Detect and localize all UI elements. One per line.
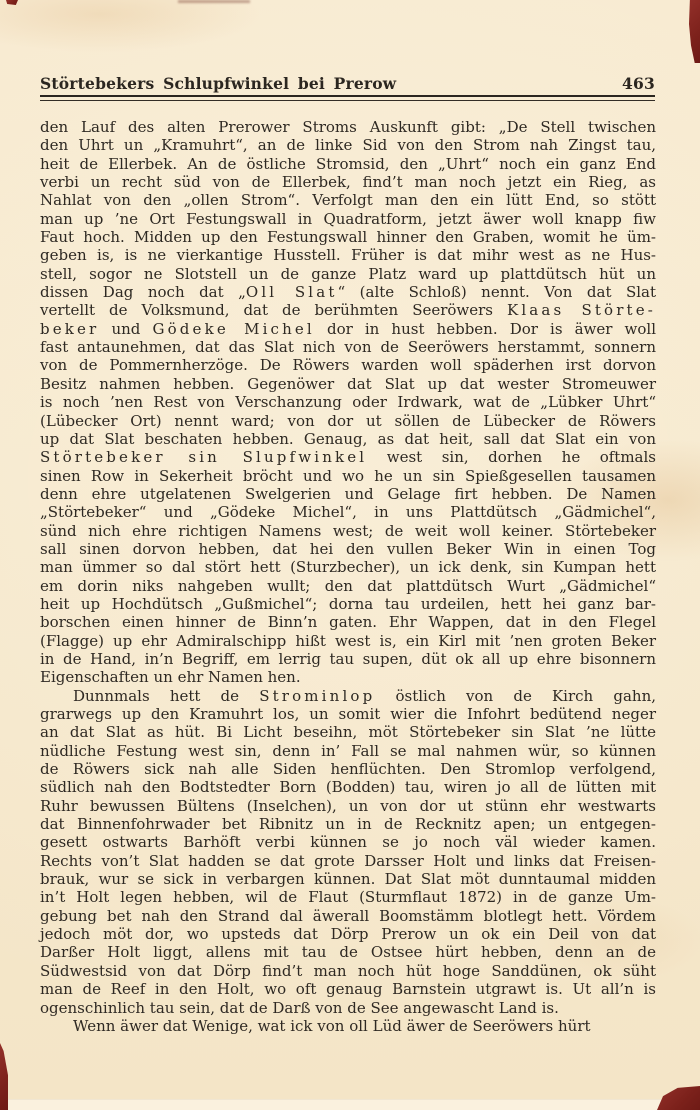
letterspaced-text: Strominlop (259, 687, 375, 705)
letterspaced-text: Gödeke Michel (152, 320, 314, 338)
text-line: borschen einen hinner de Binn’n gaten. E… (40, 613, 656, 631)
text-segment: de Röwers sick nah alle Siden henflüchte… (40, 760, 656, 778)
text-segment: östlich von de Kirch gahn, (375, 687, 656, 705)
red-page-edge-bottom-right (657, 1086, 700, 1110)
text-segment: südlich nah den Bodtstedter Born (Bodden… (40, 778, 656, 796)
text-segment: (Lübecker Ort) nennt ward; von dor ut sö… (40, 412, 656, 430)
text-segment: nüdliche Festung west sin, denn in’ Fall… (40, 742, 656, 760)
text-segment: Südwestsid von dat Dörp find’t man noch … (40, 962, 656, 980)
text-segment: geben is, is ne vierkantige Husstell. Fr… (40, 246, 656, 264)
next-page-edge (0, 1099, 700, 1110)
letterspaced-text: Oll Slat (246, 283, 338, 301)
text-segment: “ (alte Schloß) nennt. Von dat Slat (338, 283, 656, 301)
text-line: Dunnmals hett de Strominlop östlich von … (40, 687, 656, 705)
text-segment: gesett ostwarts Barhöft verbi künnen se … (40, 833, 656, 851)
text-line: verbi un recht süd von de Ellerbek, find… (40, 173, 656, 191)
text-segment: up dat Slat beschaten hebben. Genaug, as… (40, 430, 656, 448)
text-segment: Darßer Holt liggt, allens mit tau de Ost… (40, 943, 656, 961)
text-block: den Lauf des alten Prerower Stroms Ausku… (40, 118, 656, 1035)
text-line: Südwestsid von dat Dörp find’t man noch … (40, 962, 656, 980)
letterspaced-text: beker (40, 320, 99, 338)
text-segment: von de Pommernherzöge. De Röwers warden … (40, 356, 656, 374)
text-line: Faut hoch. Midden up den Festungswall hi… (40, 228, 656, 246)
text-segment: man ümmer so dal stört hett (Sturzbecher… (40, 558, 656, 576)
text-segment: Faut hoch. Midden up den Festungswall hi… (40, 228, 656, 246)
text-segment: in’t Holt legen hebben, wil de Flaut (St… (40, 888, 656, 906)
text-line: dat Binnenfohrwader bet Ribnitz un in de… (40, 815, 656, 833)
text-segment: dat Binnenfohrwader bet Ribnitz un in de… (40, 815, 656, 833)
text-line: fast antaunehmen, dat das Slat nich von … (40, 338, 656, 356)
text-segment: Dunnmals hett de (73, 687, 259, 705)
text-segment: in de Hand, in’n Begriff, em lerrig tau … (40, 650, 656, 668)
text-line: dissen Dag noch dat „Oll Slat“ (alte Sch… (40, 283, 656, 301)
text-segment: stell, sogor ne Slotstell un de ganze Pl… (40, 265, 656, 283)
text-segment: ogenschinlich tau sein, dat de Darß von … (40, 999, 559, 1017)
text-line: gesett ostwarts Barhöft verbi künnen se … (40, 833, 656, 851)
scanned-book-page: Störtebekers Schlupfwinkel bei Prerow 46… (0, 0, 700, 1110)
text-segment: heit up Hochdütsch „Gußmichel“; dorna ta… (40, 595, 656, 613)
red-page-edge-top-left (6, 0, 18, 5)
text-line: den Uhrt un „Kramuhrt“, an de linke Sid … (40, 136, 656, 154)
text-segment: „Störtebeker“ und „Gödeke Michel“, in un… (40, 503, 656, 521)
header-rule (40, 95, 655, 101)
text-line: heit de Ellerbek. An de östliche Stromsi… (40, 155, 656, 173)
text-line: stell, sogor ne Slotstell un de ganze Pl… (40, 265, 656, 283)
text-line: man de Reef in den Holt, wo oft genaug B… (40, 980, 656, 998)
text-line: brauk, wur se sick in verbargen künnen. … (40, 870, 656, 888)
text-segment: west sin, dorhen he oftmals (367, 448, 656, 466)
text-segment: sall sinen dorvon hebben, dat hei den vu… (40, 540, 656, 558)
text-segment: Ruhr bewussen Bültens (Inselchen), un vo… (40, 797, 656, 815)
text-line: ogenschinlich tau sein, dat de Darß von … (40, 999, 656, 1017)
red-page-edge-top-right (689, 0, 700, 63)
text-segment: is noch ’nen Rest von Verschanzung oder … (40, 393, 656, 411)
text-line: (Flagge) up ehr Admiralschipp hißt west … (40, 632, 656, 650)
text-line: von de Pommernherzöge. De Röwers warden … (40, 356, 656, 374)
text-line: em dorin niks nahgeben wullt; den dat pl… (40, 577, 656, 595)
text-line: is noch ’nen Rest von Verschanzung oder … (40, 393, 656, 411)
text-line: in’t Holt legen hebben, wil de Flaut (St… (40, 888, 656, 906)
text-line: in de Hand, in’n Begriff, em lerrig tau … (40, 650, 656, 668)
text-segment: man de Reef in den Holt, wo oft genaug B… (40, 980, 656, 998)
text-segment: sinen Row in Sekerheit bröcht und wo he … (40, 467, 656, 485)
text-segment: borschen einen hinner de Binn’n gaten. E… (40, 613, 656, 631)
text-segment: denn ehre utgelatenen Swelgerien und Gel… (40, 485, 656, 503)
text-segment: grarwegs up den Kramuhrt los, un somit w… (40, 705, 656, 723)
text-line: man ümmer so dal stört hett (Sturzbecher… (40, 558, 656, 576)
text-segment: em dorin niks nahgeben wullt; den dat pl… (40, 577, 656, 595)
text-segment: vertellt de Volksmund, dat de berühmten … (40, 301, 507, 319)
letterspaced-text: Klaas Störte- (507, 301, 656, 319)
text-segment: dor in hust hebben. Dor is äwer woll (315, 320, 656, 338)
text-segment: Besitz nahmen hebben. Gegenöwer dat Slat… (40, 375, 656, 393)
text-segment: heit de Ellerbek. An de östliche Stromsi… (40, 155, 656, 173)
text-line: südlich nah den Bodtstedter Born (Bodden… (40, 778, 656, 796)
text-segment: verbi un recht süd von de Ellerbek, find… (40, 173, 656, 191)
text-line: sall sinen dorvon hebben, dat hei den vu… (40, 540, 656, 558)
text-line: gebung bet nah den Strand dal äwerall Bo… (40, 907, 656, 925)
text-line: man up ’ne Ort Festungswall in Quadratfo… (40, 210, 656, 228)
text-line: sünd nich ehre richtigen Namens west; de… (40, 522, 656, 540)
text-segment: man up ’ne Ort Festungswall in Quadratfo… (40, 210, 656, 228)
text-segment: Nahlat von den „ollen Strom“. Verfolgt m… (40, 191, 656, 209)
text-segment: Rechts von’t Slat hadden se dat grote Da… (40, 852, 656, 870)
text-line: beker und Gödeke Michel dor in hust hebb… (40, 320, 656, 338)
text-line: de Röwers sick nah alle Siden henflüchte… (40, 760, 656, 778)
text-line: Darßer Holt liggt, allens mit tau de Ost… (40, 943, 656, 961)
text-line: denn ehre utgelatenen Swelgerien und Gel… (40, 485, 656, 503)
text-line: den Lauf des alten Prerower Stroms Ausku… (40, 118, 656, 136)
text-line: Wenn äwer dat Wenige, wat ick von oll Lü… (40, 1017, 656, 1035)
text-segment: jedoch möt dor, wo upsteds dat Dörp Prer… (40, 925, 656, 943)
text-segment: und (99, 320, 152, 338)
running-header: Störtebekers Schlupfwinkel bei Prerow 46… (40, 74, 655, 93)
text-line: Störtebeker sin Slupfwinkel west sin, do… (40, 448, 656, 466)
page-number: 463 (622, 74, 655, 93)
text-line: up dat Slat beschaten hebben. Genaug, as… (40, 430, 656, 448)
text-line: heit up Hochdütsch „Gußmichel“; dorna ta… (40, 595, 656, 613)
text-line: vertellt de Volksmund, dat de berühmten … (40, 301, 656, 319)
text-line: nüdliche Festung west sin, denn in’ Fall… (40, 742, 656, 760)
text-line: Eigenschaften un ehr Namen hen. (40, 668, 656, 686)
text-line: Rechts von’t Slat hadden se dat grote Da… (40, 852, 656, 870)
text-line: Ruhr bewussen Bültens (Inselchen), un vo… (40, 797, 656, 815)
text-line: Nahlat von den „ollen Strom“. Verfolgt m… (40, 191, 656, 209)
text-line: (Lübecker Ort) nennt ward; von dor ut sö… (40, 412, 656, 430)
text-segment: brauk, wur se sick in verbargen künnen. … (40, 870, 656, 888)
scan-smudge-top (178, 0, 250, 3)
header-title: Störtebekers Schlupfwinkel bei Prerow (40, 74, 396, 93)
text-segment: fast antaunehmen, dat das Slat nich von … (40, 338, 656, 356)
text-segment: den Lauf des alten Prerower Stroms Ausku… (40, 118, 656, 136)
text-segment: sünd nich ehre richtigen Namens west; de… (40, 522, 656, 540)
text-line: Besitz nahmen hebben. Gegenöwer dat Slat… (40, 375, 656, 393)
text-line: sinen Row in Sekerheit bröcht und wo he … (40, 467, 656, 485)
text-line: jedoch möt dor, wo upsteds dat Dörp Prer… (40, 925, 656, 943)
text-line: grarwegs up den Kramuhrt los, un somit w… (40, 705, 656, 723)
text-segment: an dat Slat as hüt. Bi Licht beseihn, mö… (40, 723, 656, 741)
text-line: an dat Slat as hüt. Bi Licht beseihn, mö… (40, 723, 656, 741)
text-segment: den Uhrt un „Kramuhrt“, an de linke Sid … (40, 136, 656, 154)
text-segment: Eigenschaften un ehr Namen hen. (40, 668, 301, 686)
text-line: geben is, is ne vierkantige Husstell. Fr… (40, 246, 656, 264)
text-segment: dissen Dag noch dat „ (40, 283, 246, 301)
letterspaced-text: Störtebeker sin Slupfwinkel (40, 448, 367, 466)
text-segment: gebung bet nah den Strand dal äwerall Bo… (40, 907, 656, 925)
text-segment: (Flagge) up ehr Admiralschipp hißt west … (40, 632, 656, 650)
text-line: „Störtebeker“ und „Gödeke Michel“, in un… (40, 503, 656, 521)
text-segment: Wenn äwer dat Wenige, wat ick von oll Lü… (73, 1017, 591, 1035)
red-page-edge-bottom-left (0, 1043, 8, 1110)
